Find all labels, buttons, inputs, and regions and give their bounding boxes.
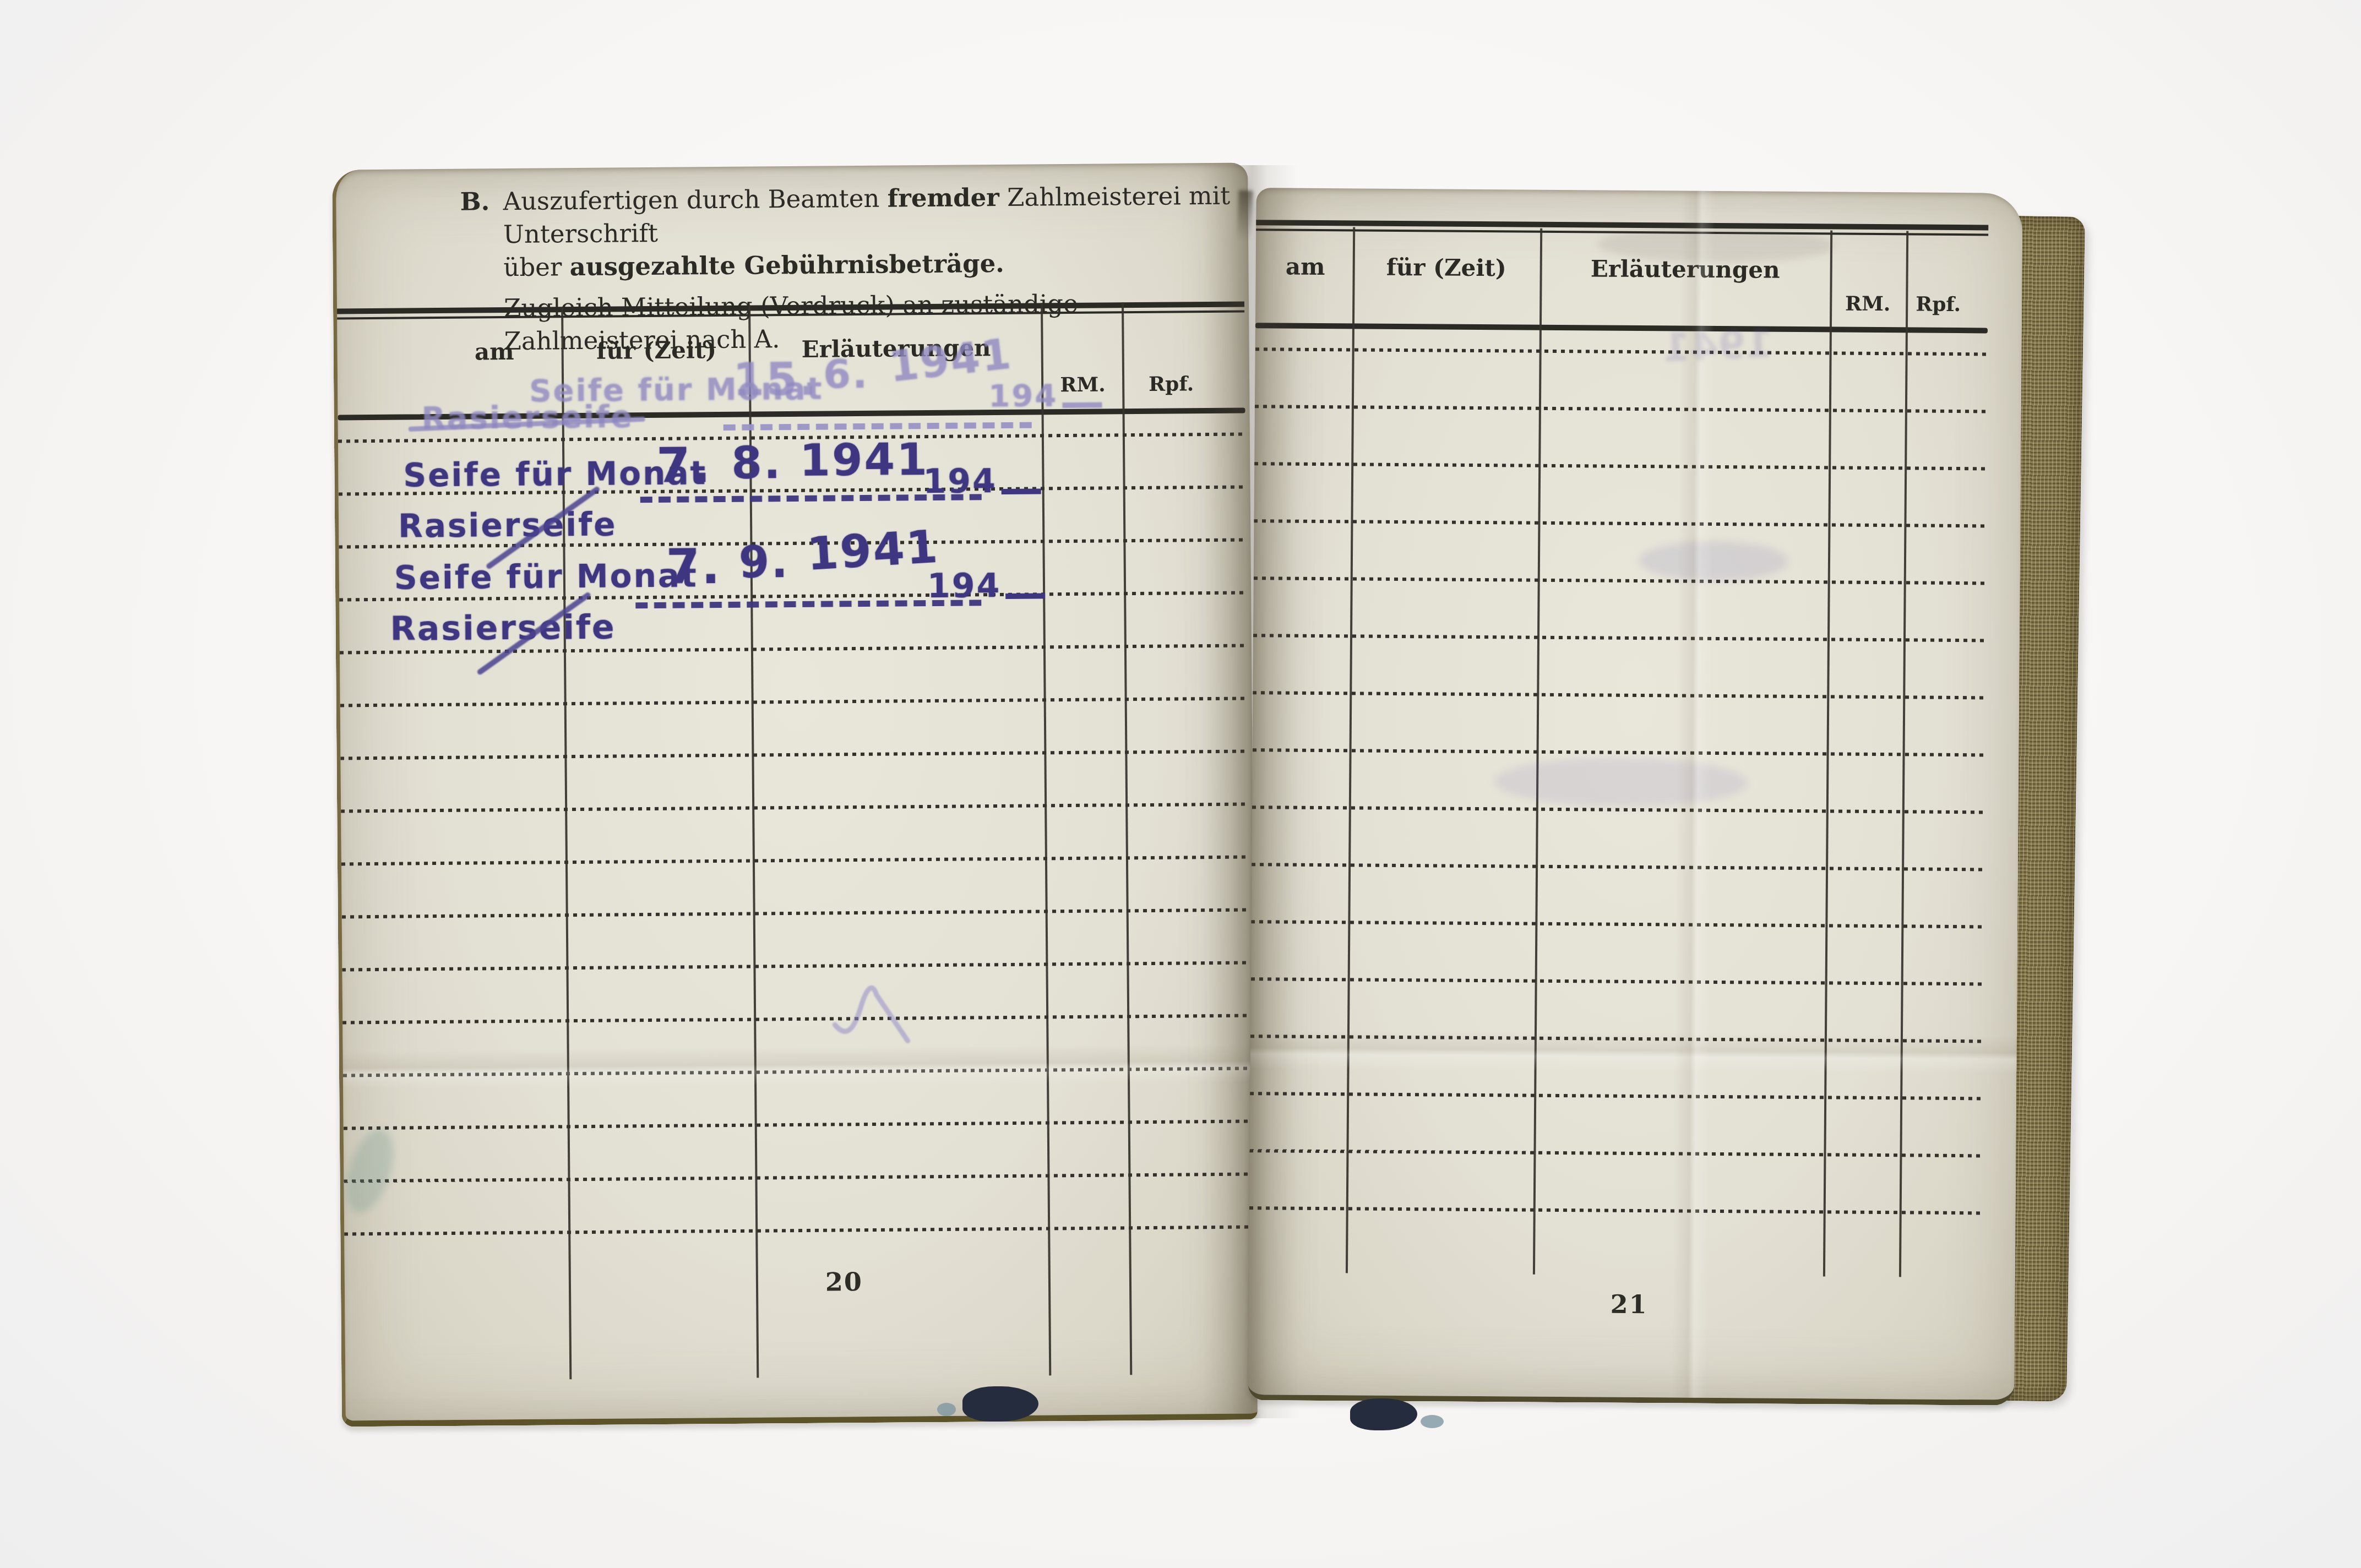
column-header-fuer-zeit: für (Zeit) [564,336,748,365]
column-header-am: am [425,337,563,366]
stamp-rasierseife-1: Rasierseife [421,399,633,436]
ink-blot [1350,1398,1417,1430]
column-header-rpf: Rpf. [1125,372,1217,396]
stamp-date-month-3: 9. [738,536,790,588]
table-row [344,1120,1252,1180]
table-row [1249,1149,1982,1211]
table-row [340,697,1248,757]
heading-line-1: Auszufertigen durch Beamten fremder Zahl… [503,179,1236,251]
table-row [344,1173,1252,1233]
ruled-rows [1249,347,1988,1268]
ink-speck [937,1403,956,1416]
stamp-date-day-3: 7. [666,538,721,595]
stamp-rasierseife-3: Rasierseife [390,608,616,649]
stamp-date-month-2: 8. [731,437,782,489]
spine-notch [1237,190,1253,242]
stamp-date-month-1: 6. [823,351,869,398]
page-crease [1250,1030,2017,1074]
table-row [341,803,1249,863]
column-header-am: am [1260,253,1351,280]
stamp-date-day-2: 7. [656,437,712,494]
stamp-form-year-1: 194 [988,378,1102,415]
table-row [1255,347,1988,410]
column-header-fuer-zeit: für (Zeit) [1355,253,1538,281]
table-row [1251,920,1984,982]
page-left: B. Auszufertigen durch Beamten fremder Z… [332,163,1258,1427]
table-row [1253,634,1985,696]
soldbuch-photo: B. Auszufertigen durch Beamten fremder Z… [0,0,2361,1568]
table-row [341,856,1249,916]
table-row [1251,863,1984,925]
heading-line-2: über ausgezahlte Gebührnisbeträge. [503,246,1236,284]
table-row [342,908,1250,968]
table-row [1254,462,1987,524]
column-header-rpf: Rpf. [1907,292,1969,316]
table-header-rule [1255,323,1988,333]
page-crease [343,1043,1255,1089]
section-label: B. [460,185,489,218]
stamp-date-day-1: 15. [733,353,818,406]
ink-speck [1421,1415,1444,1428]
stamp-date-year-2: 1941 [799,434,929,486]
column-header-rm: RM. [1831,292,1904,315]
ink-blot [962,1386,1038,1422]
page-heading: B. Auszufertigen durch Beamten fremder Z… [460,179,1236,358]
table-row [1254,405,1987,467]
stamp-date-year-3: 1941 [806,521,941,581]
page-right: am für (Zeit) Erläuterungen RM. Rpf. 194… [1248,188,2022,1406]
table-row [1253,576,1986,639]
stamp-seife-fuer-monat-3: Seife für Monat [394,557,698,596]
table-row [1252,805,1984,868]
table-row [1253,691,1985,753]
stamp-underline-1 [723,422,1032,431]
table-row [1250,1092,1983,1154]
page-number-left: 20 [797,1267,891,1297]
table-row [1249,1206,1982,1268]
table-row [1250,977,1983,1039]
stamp-rasierseife-2: Rasierseife [398,506,617,545]
table-row [342,961,1250,1021]
table-row [340,750,1248,810]
ink-scribble [826,969,948,1047]
table-row [340,644,1248,704]
table-row [1254,519,1987,581]
page-number-right: 21 [1582,1289,1675,1319]
